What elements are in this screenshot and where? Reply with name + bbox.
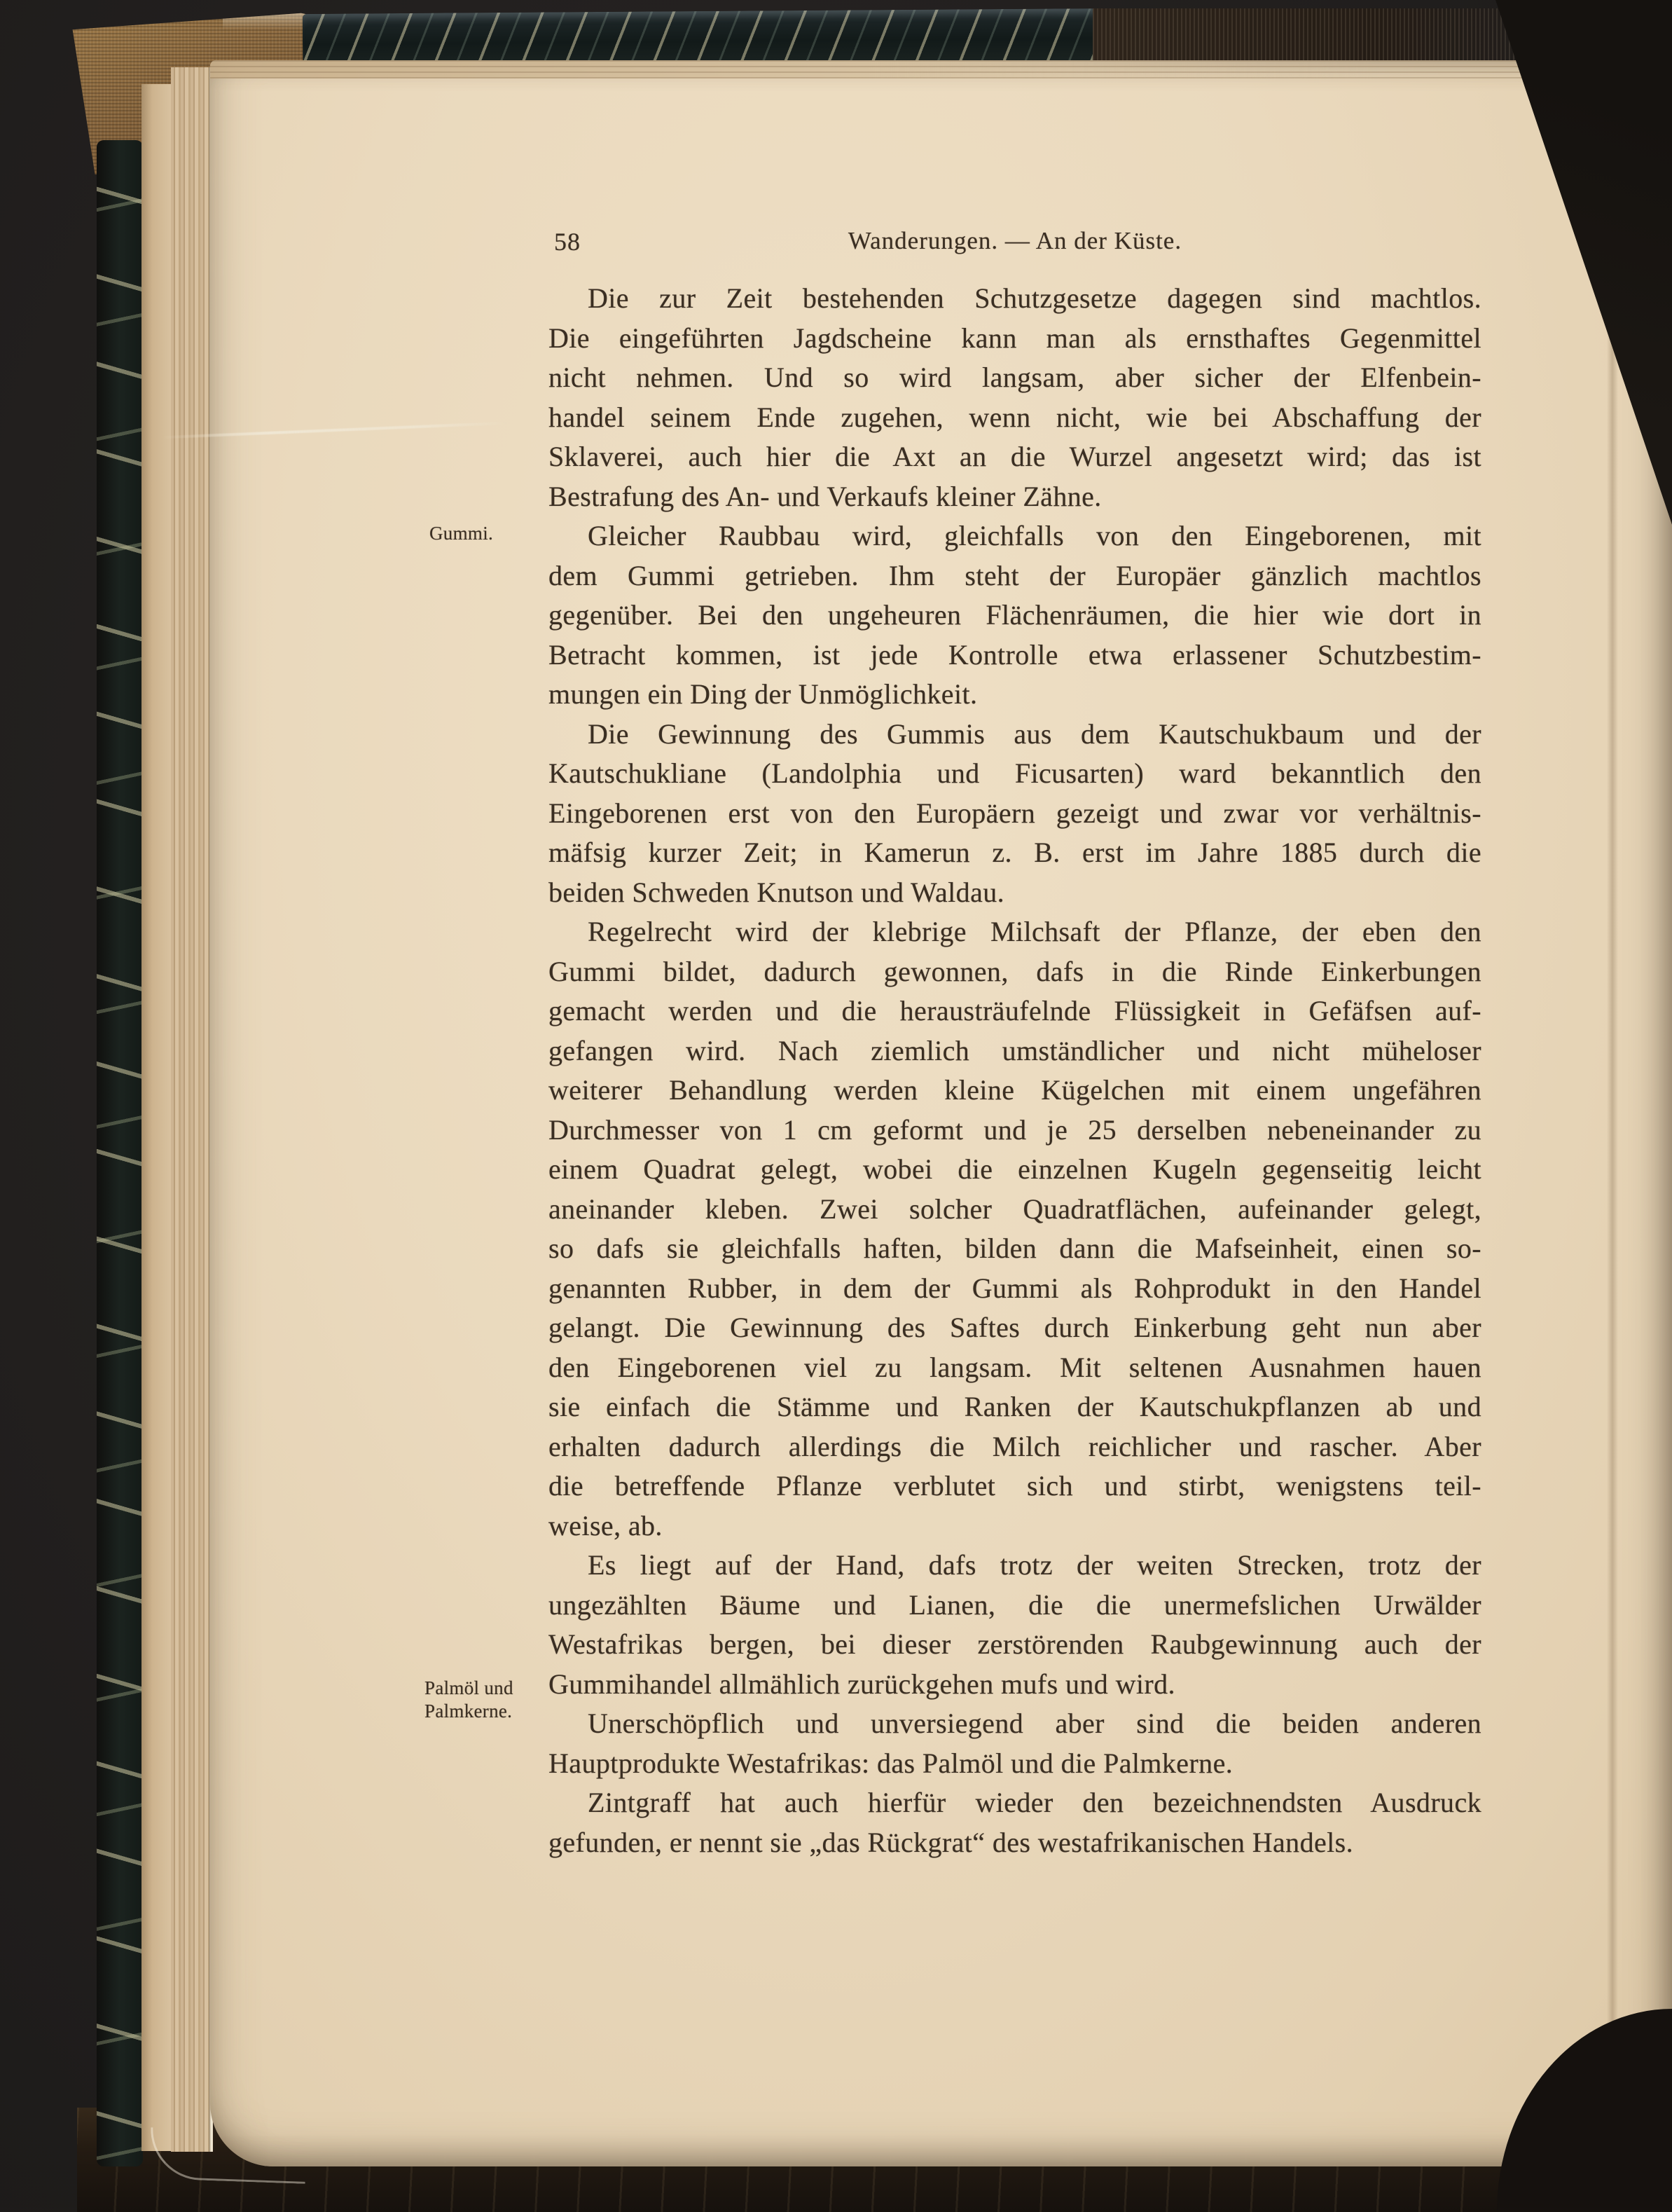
marble-strip-left [97, 140, 143, 2166]
book-page: 58 Wanderungen. — An der Küste. Gummi. P… [210, 60, 1672, 2166]
text-line: Gleicher Raubbau wird, gleichfalls von d… [548, 516, 1481, 556]
text-line: gelangt. Die Gewinnung des Saftes durch … [548, 1308, 1481, 1348]
text-line: einem Quadrat gelegt, wobei die einzelne… [548, 1150, 1481, 1190]
page-top-edges [210, 60, 1672, 78]
text-line: mäfsig kurzer Zeit; in Kamerun z. B. ers… [548, 833, 1481, 873]
text-line: Eingeborenen erst von den Europäern geze… [548, 794, 1481, 834]
paragraph: Unerschöpflich und unversiegend aber sin… [548, 1704, 1481, 1783]
page-crease [1607, 60, 1618, 2166]
text-line: handel seinem Ende zugehen, wenn nicht, … [548, 398, 1481, 438]
margin-note-gummi: Gummi. [429, 522, 554, 545]
text-line: Es liegt auf der Hand, dafs trotz der we… [548, 1546, 1481, 1586]
text-line: nicht nehmen. Und so wird langsam, aber … [548, 358, 1481, 398]
text-line: mungen ein Ding der Unmöglichkeit. [548, 675, 1481, 715]
text-line: gegenüber. Bei den ungeheuren Flächenräu… [548, 596, 1481, 636]
text-line: Die Gewinnung des Gummis aus dem Kautsch… [548, 715, 1481, 755]
text-line: Sklaverei, auch hier die Axt an die Wurz… [548, 437, 1481, 477]
paragraph: Gleicher Raubbau wird, gleichfalls von d… [548, 516, 1481, 715]
text-line: gefunden, er nennt sie „das Rückgrat“ de… [548, 1823, 1481, 1863]
margin-note-line: Palmöl und [424, 1677, 549, 1700]
text-line: sie einfach die Stämme und Ranken der Ka… [548, 1387, 1481, 1427]
paragraph: Die Gewinnung des Gummis aus dem Kautsch… [548, 715, 1481, 913]
text-line: ungezählten Bäume und Lianen, die die un… [548, 1586, 1481, 1626]
cover-inner-edge [141, 84, 172, 2151]
text-line: Regelrecht wird der klebrige Milchsaft d… [548, 912, 1481, 952]
text-line: Betracht kommen, ist jede Kontrolle etwa… [548, 636, 1481, 675]
page-edge-stack [171, 67, 213, 2152]
margin-note-line: Gummi. [429, 522, 554, 545]
text-line: Gummi bildet, dadurch gewonnen, dafs in … [548, 952, 1481, 992]
paragraph: Zintgraff hat auch hierfür wieder den be… [548, 1783, 1481, 1862]
text-line: weiterer Behandlung werden kleine Kügelc… [548, 1071, 1481, 1111]
text-line: so dafs sie gleichfalls haften, bilden d… [548, 1229, 1481, 1269]
photo-background: 58 Wanderungen. — An der Küste. Gummi. P… [0, 0, 1672, 2212]
paragraph: Es liegt auf der Hand, dafs trotz der we… [548, 1546, 1481, 1704]
text-line: Bestrafung des An- und Verkaufs kleiner … [548, 477, 1481, 517]
page-header: 58 Wanderungen. — An der Küste. [548, 227, 1481, 263]
text-line: aneinander kleben. Zwei solcher Quadratf… [548, 1190, 1481, 1230]
text-line: Zintgraff hat auch hierfür wieder den be… [548, 1783, 1481, 1823]
text-line: Kautschukliane (Landolphia und Ficusarte… [548, 754, 1481, 794]
text-line: gemacht werden und die herausträufelnde … [548, 991, 1481, 1031]
text-line: Gummihandel allmählich zurückgehen mufs … [548, 1665, 1481, 1705]
text-line: dem Gummi getrieben. Ihm steht der Europ… [548, 556, 1481, 596]
text-line: den Eingeborenen viel zu langsam. Mit se… [548, 1348, 1481, 1388]
text-line: beiden Schweden Knutson und Waldau. [548, 873, 1481, 913]
text-line: weise, ab. [548, 1506, 1481, 1546]
text-line: Die eingeführten Jagdscheine kann man al… [548, 319, 1481, 359]
text-line: gefangen wird. Nach ziemlich umständlich… [548, 1031, 1481, 1071]
margin-note-line: Palmkerne. [424, 1700, 549, 1723]
running-header: Wanderungen. — An der Küste. [548, 227, 1481, 255]
page-number: 58 [554, 227, 581, 256]
paragraph: Regelrecht wird der klebrige Milchsaft d… [548, 912, 1481, 1546]
text-line: Westafrikas bergen, bei dieser zerstören… [548, 1625, 1481, 1665]
text-line: erhalten dadurch allerdings die Milch re… [548, 1427, 1481, 1467]
text-line: genannten Rubber, in dem der Gummi als R… [548, 1269, 1481, 1309]
paragraph: Die zur Zeit bestehenden Schutzgesetze d… [548, 279, 1481, 516]
text-line: Durchmesser von 1 cm geformt und je 25 d… [548, 1111, 1481, 1150]
text-line: die betreffende Pflanze verblutet sich u… [548, 1466, 1481, 1506]
body-text: Die zur Zeit bestehenden Schutzgesetze d… [548, 279, 1481, 1862]
text-line: Unerschöpflich und unversiegend aber sin… [548, 1704, 1481, 1744]
text-line: Hauptprodukte Westafrikas: das Palmöl un… [548, 1744, 1481, 1784]
text-line: Die zur Zeit bestehenden Schutzgesetze d… [548, 279, 1481, 319]
margin-note-palmoel: Palmöl undPalmkerne. [424, 1677, 549, 1723]
